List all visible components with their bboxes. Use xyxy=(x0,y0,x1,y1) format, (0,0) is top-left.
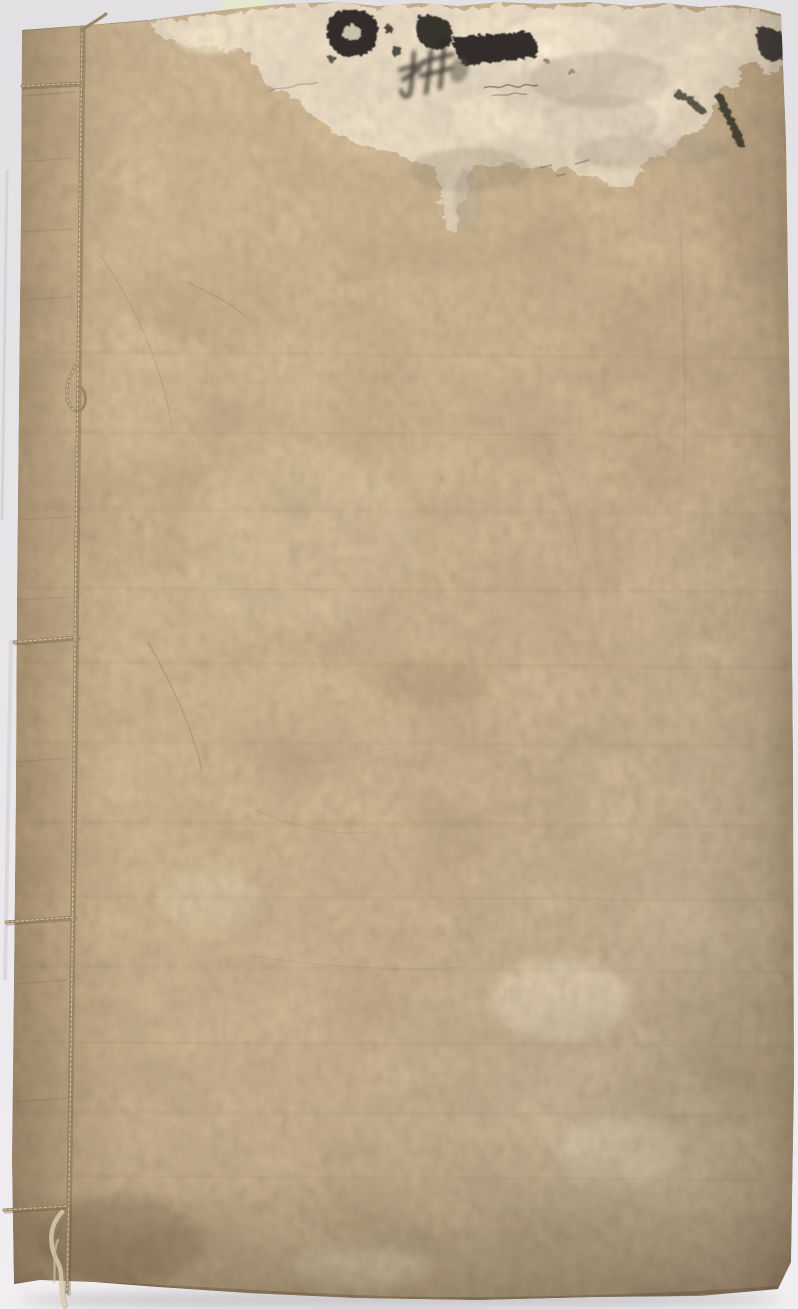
photo-of-antique-book: Antique Chinese thread-bound book with w… xyxy=(0,0,798,1309)
book-photo-canvas: Antique Chinese thread-bound book with w… xyxy=(0,0,798,1309)
vignette-overlay xyxy=(0,0,798,1309)
background-fold-line xyxy=(2,170,7,520)
vignette-layer xyxy=(0,0,798,1309)
background-fold-line xyxy=(5,640,11,980)
